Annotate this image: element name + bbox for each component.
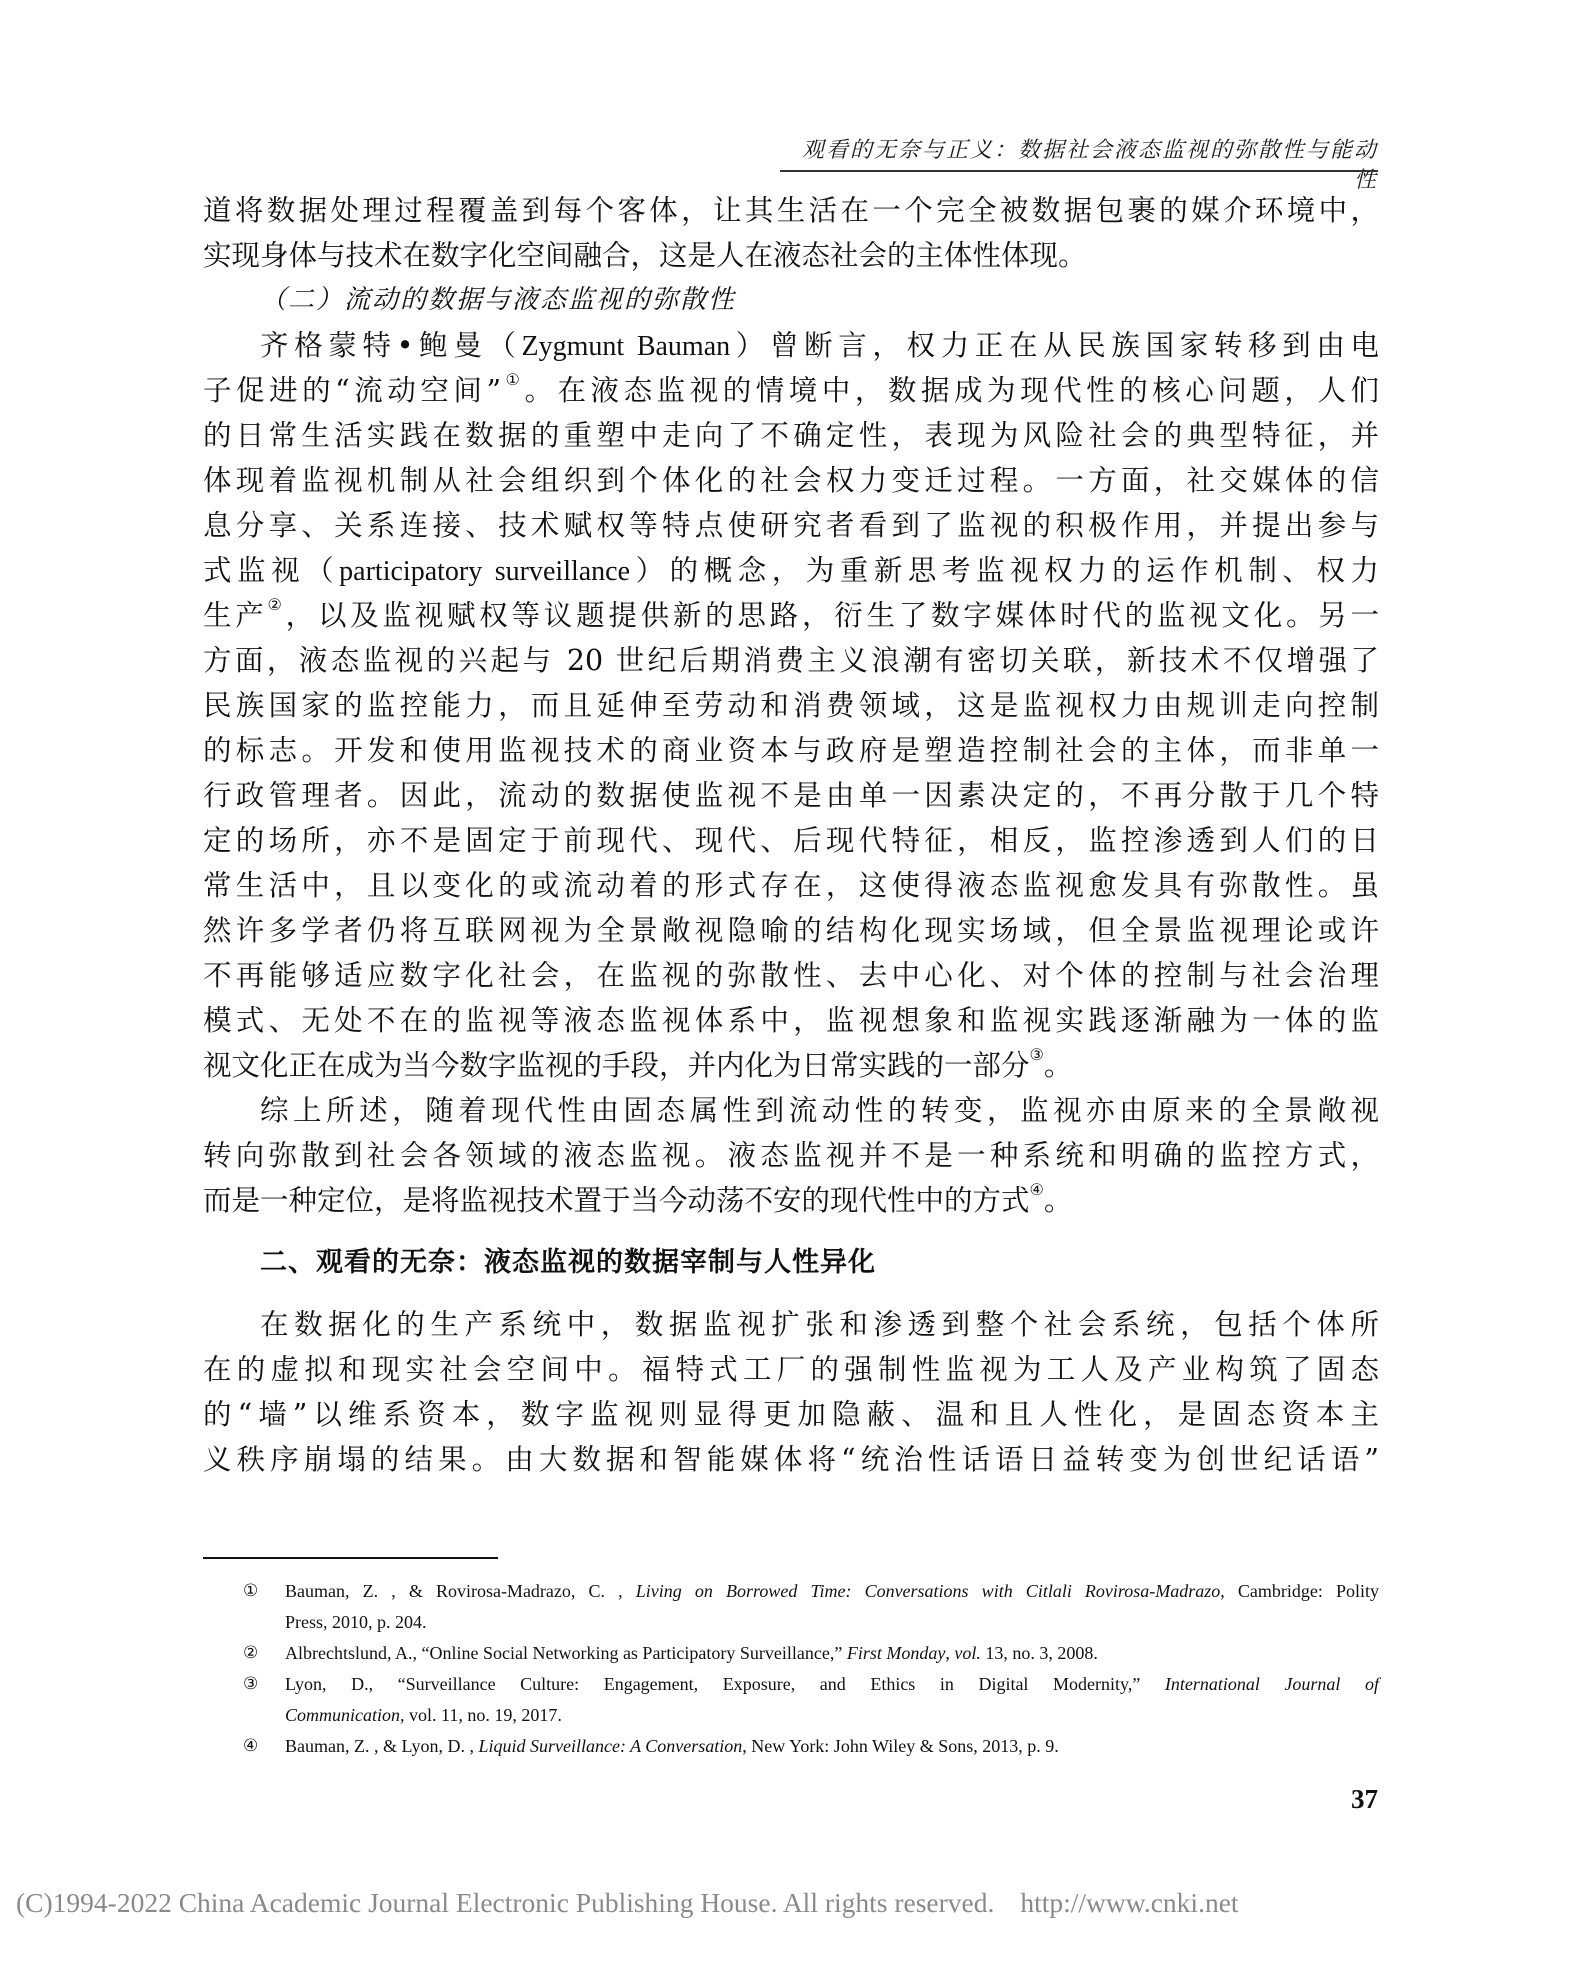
text-line: 在数据化的生产系统中，数据监视扩张和渗透到整个社会系统，包括个体所: [203, 1302, 1379, 1347]
copyright-notice: (C)1994-2022 China Academic Journal Elec…: [16, 1887, 1416, 1919]
cnki-link[interactable]: http://www.cnki.net: [1020, 1887, 1238, 1918]
footnote-ref-3[interactable]: ③: [1030, 1045, 1044, 1064]
footnote-2: ② Albrechtslund, A., “Online Social Netw…: [243, 1638, 1379, 1669]
footnote-marker: ④: [243, 1731, 258, 1762]
text-line: 模式、无处不在的监视等液态监视体系中，监视想象和监视实践逐渐融为一体的监: [203, 998, 1379, 1043]
text-line: 的“墙”以维系资本，数字监视则显得更加隐蔽、温和且人性化，是固态资本主: [203, 1392, 1379, 1437]
paragraph-summary: 综上所述，随着现代性由固态属性到流动性的转变，监视亦由原来的全景敞视 转向弥散到…: [203, 1088, 1379, 1223]
text-line: 视文化正在成为当今数字监视的手段，并内化为日常实践的一部分③。: [203, 1043, 1379, 1088]
subsection-heading: （二）流动的数据与液态监视的弥散性: [203, 278, 1379, 323]
footnote-ref-1[interactable]: ①: [501, 370, 524, 389]
text-line: 方面，液态监视的兴起与 20 世纪后期消费主义浪潮有密切关联，新技术不仅增强了: [203, 638, 1379, 683]
text-line: 义秩序崩塌的结果。由大数据和智能媒体将“统治性话语日益转变为创世纪话语”: [203, 1437, 1379, 1482]
text-line: 行政管理者。因此，流动的数据使监视不是由单一因素决定的，不再分散于几个特: [203, 773, 1379, 818]
text-line: 子促进的“流动空间”①。在液态监视的情境中，数据成为现代性的核心问题，人们: [203, 368, 1379, 413]
footnote-marker: ①: [243, 1576, 258, 1607]
text-line: 齐格蒙特•鲍曼（Zygmunt Bauman）曾断言，权力正在从民族国家转移到由…: [203, 323, 1379, 368]
footnote-ref-2[interactable]: ②: [268, 595, 286, 614]
article-body: 道将数据处理过程覆盖到每个客体，让其生活在一个完全被数据包裹的媒介环境中， 实现…: [203, 188, 1379, 1482]
footnote-marker: ②: [243, 1638, 258, 1669]
spacer: [203, 1285, 1379, 1302]
text-line: 在的虚拟和现实社会空间中。福特式工厂的强制性监视为工人及产业构筑了固态: [203, 1347, 1379, 1392]
text-line: 综上所述，随着现代性由固态属性到流动性的转变，监视亦由原来的全景敞视: [203, 1088, 1379, 1133]
text-line: 而是一种定位，是将监视技术置于当今动荡不安的现代性中的方式④。: [203, 1178, 1379, 1223]
text-line: 实现身体与技术在数字化空间融合，这是人在液态社会的主体性体现。: [203, 233, 1379, 278]
text-line: 定的场所，亦不是固定于前现代、现代、后现代特征，相反，监控渗透到人们的日: [203, 818, 1379, 863]
footnote-ref-4[interactable]: ④: [1030, 1180, 1044, 1199]
text-line: 息分享、关系连接、技术赋权等特点使研究者看到了监视的积极作用，并提出参与: [203, 503, 1379, 548]
footnotes: ① Bauman, Z. , & Rovirosa-Madrazo, C. , …: [243, 1576, 1379, 1762]
running-header: 观看的无奈与正义：数据社会液态监视的弥散性与能动性: [780, 136, 1378, 196]
section-heading: 二、观看的无奈：液态监视的数据宰制与人性异化: [203, 1240, 1379, 1285]
paragraph-bauman: 齐格蒙特•鲍曼（Zygmunt Bauman）曾断言，权力正在从民族国家转移到由…: [203, 323, 1379, 1088]
text-line: 的日常生活实践在数据的重塑中走向了不确定性，表现为风险社会的典型特征，并: [203, 413, 1379, 458]
footnote-1: ① Bauman, Z. , & Rovirosa-Madrazo, C. , …: [243, 1576, 1379, 1638]
journal-page: 观看的无奈与正义：数据社会液态监视的弥散性与能动性 道将数据处理过程覆盖到每个客…: [0, 0, 1587, 1965]
footnote-3: ③ Lyon, D., “Surveillance Culture: Engag…: [243, 1669, 1379, 1731]
paragraph-continued: 道将数据处理过程覆盖到每个客体，让其生活在一个完全被数据包裹的媒介环境中， 实现…: [203, 188, 1379, 278]
footnote-marker: ③: [243, 1669, 258, 1700]
footnote-4: ④ Bauman, Z. , & Lyon, D. , Liquid Surve…: [243, 1731, 1379, 1762]
text-line: 体现着监视机制从社会组织到个体化的社会权力变迁过程。一方面，社交媒体的信: [203, 458, 1379, 503]
text-line: 式监视（participatory surveillance）的概念，为重新思考…: [203, 548, 1379, 593]
page-number: 37: [1318, 1784, 1378, 1815]
text-line: 的标志。开发和使用监视技术的商业资本与政府是塑造控制社会的主体，而非单一: [203, 728, 1379, 773]
footnote-separator: [203, 1557, 498, 1559]
text-line: 道将数据处理过程覆盖到每个客体，让其生活在一个完全被数据包裹的媒介环境中，: [203, 188, 1379, 233]
header-rule: [780, 170, 1378, 172]
paragraph-data-production: 在数据化的生产系统中，数据监视扩张和渗透到整个社会系统，包括个体所 在的虚拟和现…: [203, 1302, 1379, 1482]
text-line: 然许多学者仍将互联网视为全景敞视隐喻的结构化现实场域，但全景监视理论或许: [203, 908, 1379, 953]
text-line: 常生活中，且以变化的或流动着的形式存在，这使得液态监视愈发具有弥散性。虽: [203, 863, 1379, 908]
spacer: [203, 1223, 1379, 1240]
text-line: 转向弥散到社会各领域的液态监视。液态监视并不是一种系统和明确的监控方式，: [203, 1133, 1379, 1178]
text-line: 生产②，以及监视赋权等议题提供新的思路，衍生了数字媒体时代的监视文化。另一: [203, 593, 1379, 638]
text-line: 民族国家的监控能力，而且延伸至劳动和消费领域，这是监视权力由规训走向控制: [203, 683, 1379, 728]
text-line: 不再能够适应数字化社会，在监视的弥散性、去中心化、对个体的控制与社会治理: [203, 953, 1379, 998]
